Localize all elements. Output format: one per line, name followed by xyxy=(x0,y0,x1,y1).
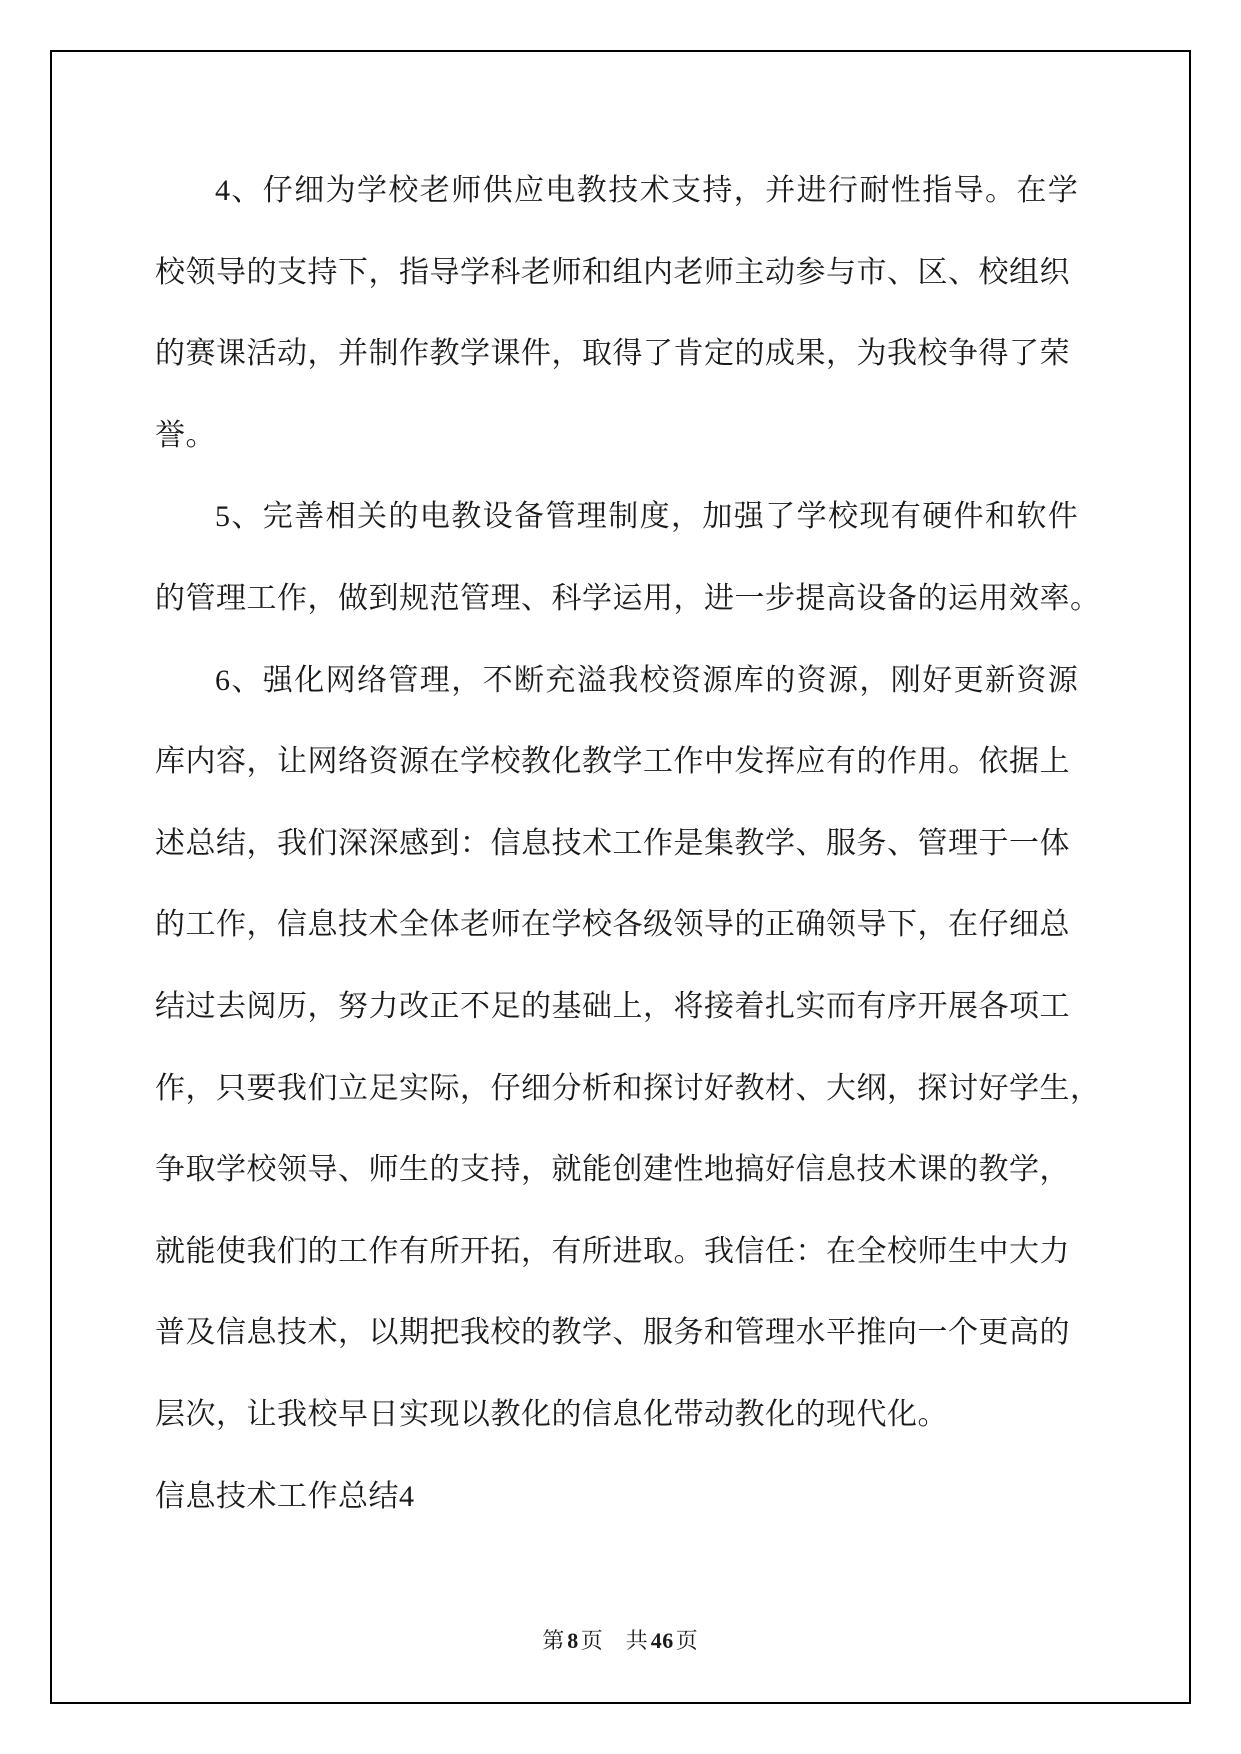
footer-page-prefix: 第 xyxy=(542,1628,565,1653)
text-line: 结过去阅历，努力改正不足的基础上，将接着扎实而有序开展各项工 xyxy=(155,966,1067,1048)
text-line: 的工作，信息技术全体老师在学校各级领导的正确领导下，在仔细总 xyxy=(155,884,1067,966)
document-page: 4、仔细为学校老师供应电教技术支持，并进行耐性指导。在学校领导的支持下，指导学科… xyxy=(0,0,1241,1754)
text-line: 信息技术工作总结4 xyxy=(155,1456,1067,1538)
text-line: 库内容，让网络资源在学校教化教学工作中发挥应有的作用。依据上 xyxy=(155,721,1067,803)
text-line: 述总结，我们深深感到：信息技术工作是集教学、服务、管理于一体 xyxy=(155,803,1067,885)
text-line: 的赛课活动，并制作教学课件，取得了肯定的成果，为我校争得了荣 xyxy=(155,313,1067,395)
text-line: 5、完善相关的电教设备管理制度，加强了学校现有硬件和软件 xyxy=(155,476,1067,558)
text-line: 争取学校领导、师生的支持，就能创建性地搞好信息技术课的教学， xyxy=(155,1129,1067,1211)
footer-page-suffix: 页 xyxy=(581,1628,604,1653)
text-line: 就能使我们的工作有所开拓，有所进取。我信任：在全校师生中大力 xyxy=(155,1211,1067,1293)
footer-total-label: 共46页 xyxy=(626,1628,699,1653)
text-line: 校领导的支持下，指导学科老师和组内老师主动参与市、区、校组织 xyxy=(155,232,1067,314)
text-line: 层次，让我校早日实现以教化的信息化带动教化的现代化。 xyxy=(155,1374,1067,1456)
text-line: 的管理工作，做到规范管理、科学运用，进一步提高设备的运用效率。 xyxy=(155,558,1067,640)
text-line: 4、仔细为学校老师供应电教技术支持，并进行耐性指导。在学 xyxy=(155,150,1067,232)
footer-page-number: 8 xyxy=(565,1628,581,1653)
footer-total-suffix: 页 xyxy=(676,1628,699,1653)
footer-total-number: 46 xyxy=(649,1628,676,1653)
footer-total-prefix: 共 xyxy=(626,1628,649,1653)
text-line: 6、强化网络管理，不断充溢我校资源库的资源，刚好更新资源 xyxy=(155,640,1067,722)
text-line: 普及信息技术，以期把我校的教学、服务和管理水平推向一个更高的 xyxy=(155,1292,1067,1374)
text-line: 作，只要我们立足实际，仔细分析和探讨好教材、大纲，探讨好学生， xyxy=(155,1048,1067,1130)
footer-page-label: 第8页 xyxy=(542,1628,604,1653)
page-footer: 第8页共46页 xyxy=(50,1624,1191,1655)
text-line: 誉。 xyxy=(155,395,1067,477)
document-body: 4、仔细为学校老师供应电教技术支持，并进行耐性指导。在学校领导的支持下，指导学科… xyxy=(155,150,1067,1537)
